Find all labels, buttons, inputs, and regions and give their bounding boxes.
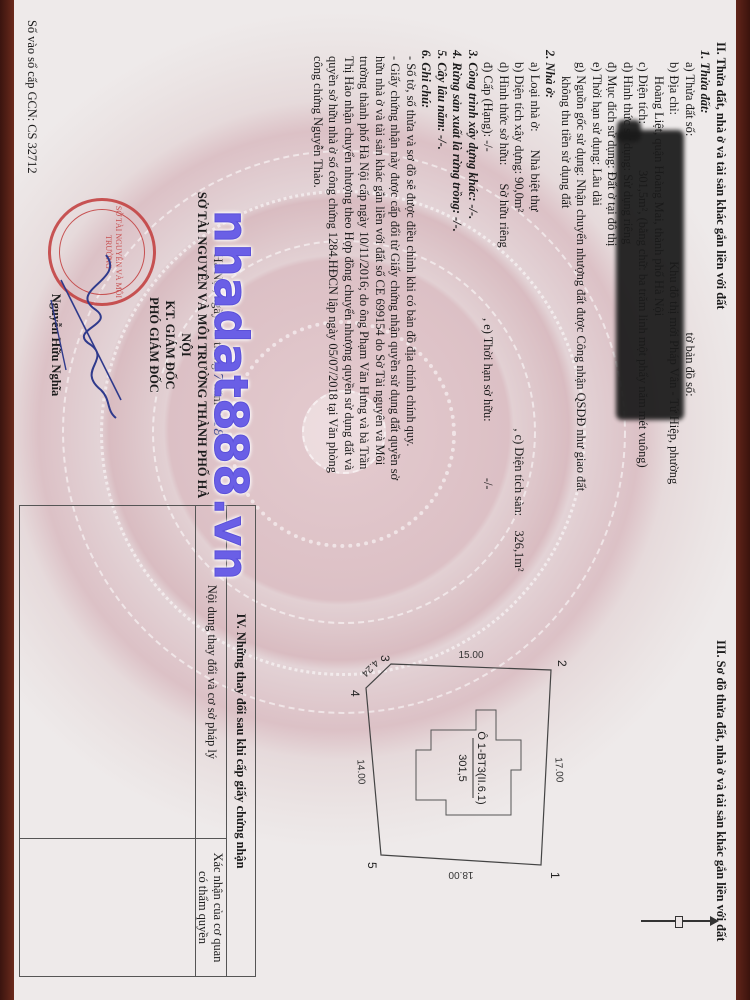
production-forest: 4. Rừng sản xuất là rừng trồng: -/-. [449, 42, 465, 622]
floor-area-label: , c) Diện tích sàn: [513, 428, 527, 516]
vertex-label: 3 [378, 655, 392, 662]
term-label: e) Thời hạn sử dụng: [590, 62, 604, 165]
built-area-label: b) Diện tích xây dựng: [513, 62, 527, 174]
origin-label: g) Nguồn gốc sử dụng: [575, 62, 589, 176]
address-label: b) Địa chỉ: [668, 62, 682, 115]
house-heading: 2. Nhà ở: [542, 42, 558, 622]
built-area-row: b) Diện tích xây dựng: 90,0m² , c) Diện … [511, 42, 527, 622]
ownership-value: Sở hữu riêng [497, 184, 511, 248]
own-term-value: -/- [482, 478, 496, 490]
ownership-label: d) Hình thức sở hữu: [497, 62, 511, 165]
ownership-row: d) Hình thức sở hữu: Sở hữu riêng [496, 42, 512, 622]
note-line: - Giấy chứng nhận này được cấp đổi từ Gi… [387, 56, 403, 622]
parcel-number-label: a) Thửa đất số: [683, 62, 697, 136]
watermark-text: nhadat888.vn [204, 210, 258, 581]
plot-code-label: Ô 1-BT3(II.6.1) [475, 731, 488, 804]
note-line: công chứng Nguyễn Thảo. [310, 56, 326, 622]
term-value: Lâu dài [590, 168, 604, 206]
edge-length-label: 4.24 [359, 657, 381, 679]
term-row: e) Thời hạn sử dụng: Lâu dài [589, 42, 605, 622]
origin-row-2: không thu tiền sử dụng đất [558, 42, 574, 622]
grade-label: đ) Cấp (Hạng): -/- [482, 62, 496, 152]
other-construction: 3. Công trình xây dựng khác: -/-. [465, 42, 481, 622]
handwritten-signature [46, 250, 136, 420]
land-use-certificate-page: II. Thửa đất, nhà ở và tài sản khác gắn … [14, 0, 736, 1000]
changes-content-column: Nội dung thay đổi và cơ sở pháp lý [20, 506, 227, 839]
origin-row: g) Nguồn gốc sử dụng: Nhận chuyển nhượng… [573, 42, 589, 622]
note-line: Thị Hảo nhận chuyển nhượng theo Hợp đồng… [341, 56, 357, 622]
origin-value: Nhận chuyển nhượng đất được Công nhận QS… [575, 179, 589, 491]
built-area-value: 90,0m² [513, 177, 527, 212]
vertex-label: 5 [365, 862, 379, 869]
grade-row: đ) Cấp (Hạng): -/- , e) Thời hạn sở hữu:… [480, 42, 496, 622]
notes-list: - Số tờ, số thửa và sơ đồ sẽ được điều c… [310, 42, 419, 622]
house-type-label: a) Loại nhà ở: [528, 62, 542, 132]
parcel-diagram: 1234517.0015.004.2414.0018.00Ô 1-BT3(II.… [336, 650, 596, 910]
vertex-label: 2 [555, 660, 569, 667]
house-footprint [416, 710, 521, 815]
area-label: c) Diện tích: [637, 62, 651, 124]
north-arrow-icon [641, 920, 711, 922]
section-3-title: III. Sơ đồ thửa đất, nhà ở và tài sản kh… [713, 640, 728, 941]
edge-length-label: 15.00 [458, 650, 483, 661]
vertex-label: 1 [548, 872, 562, 879]
vertex-label: 4 [348, 690, 362, 697]
own-term-label: , e) Thời hạn sở hữu: [482, 318, 496, 422]
house-type-value: Nhà biệt thự [528, 150, 542, 212]
map-sheet-label: tờ bản đồ số: [683, 333, 697, 397]
note-line: quyền sở hữu nhà ở số công chứng 1284.HĐ… [325, 56, 341, 622]
floor-area-value: 326,1m² [513, 530, 527, 571]
house-type-row: a) Loại nhà ở: Nhà biệt thự [527, 42, 543, 622]
note-line: hữu nhà ở và tài sản khác gắn liền với đ… [372, 56, 388, 622]
section-2-title: II. Thửa đất, nhà ở và tài sản khác gắn … [713, 42, 729, 622]
wooden-table-edge-left [0, 0, 14, 1000]
authority-confirmation-column: Xác nhận của cơ quan có thẩm quyền [20, 839, 227, 976]
authority-header-line-1: Xác nhận của cơ quan [210, 839, 225, 976]
notes-heading: 6. Ghi chú: [418, 42, 434, 622]
edge-length-label: 18.00 [448, 869, 473, 880]
perennial-trees: 5. Cây lâu năm: -/-. [434, 42, 450, 622]
plot-area-label: 301,5 [456, 754, 468, 782]
gcn-register-number: Số vào sổ cấp GCN: CS 32712 [24, 20, 39, 174]
note-line: - Số tờ, số thửa và sơ đồ sẽ được điều c… [403, 56, 419, 622]
authority-confirmation-header: Xác nhận của cơ quan có thẩm quyền [195, 839, 227, 976]
edge-length-label: 17.00 [552, 757, 564, 783]
edge-length-label: 14.00 [354, 759, 366, 785]
redaction-mark [616, 130, 684, 420]
note-line: trường thành phố Hà Nội cấp ngày 10/11/2… [356, 56, 372, 622]
land-heading: 1. Thửa đất: [697, 42, 713, 622]
kt-director: KT. GIÁM ĐỐC [162, 180, 178, 510]
authority-header-line-2: có thẩm quyền [195, 839, 210, 976]
